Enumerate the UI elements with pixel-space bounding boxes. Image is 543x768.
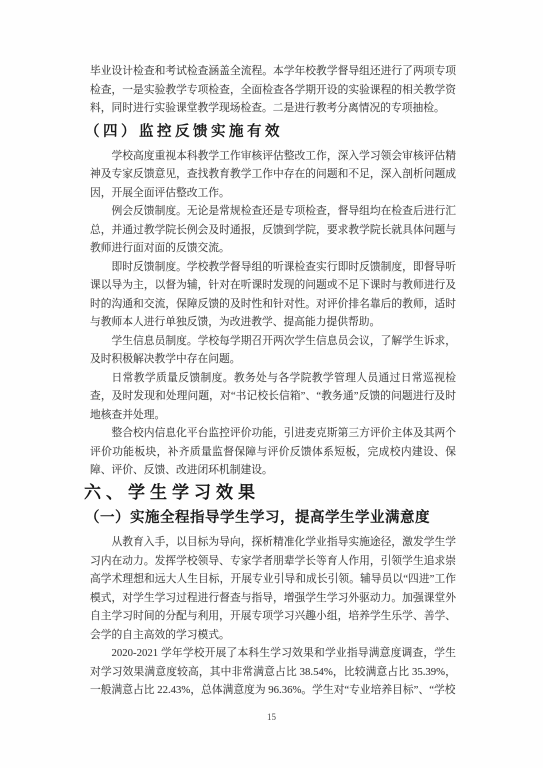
body-paragraph: 从教育入手，以目标为导向，探析精准化学业指导实施途径，激发学生学习内在动力。发挥… bbox=[90, 533, 456, 644]
body-paragraph: 2020-2021 学年学校开展了本科生学习效果和学业指导满意度调查，学生对学习… bbox=[90, 644, 456, 700]
body-paragraph-continued: 毕业设计检查和考试检查涵盖全流程。本学年校教学督导组还进行了两项专项检查，一是实… bbox=[90, 62, 456, 118]
section-heading: （四）监控反馈实施有效 bbox=[85, 123, 456, 141]
page-number: 15 bbox=[0, 712, 543, 722]
document-page: 毕业设计检查和考试检查涵盖全流程。本学年校教学督导组还进行了两项专项检查，一是实… bbox=[0, 0, 543, 768]
section-heading: （一）实施全程指导学生学习，提高学生学业满意度 bbox=[85, 509, 456, 527]
body-paragraph: 日常教学质量反馈制度。教务处与各学院教学管理人员通过日常巡视检查，及时发现和处理… bbox=[90, 369, 456, 425]
body-paragraph: 学校高度重视本科教学工作审核评估整改工作，深入学习领会审核评估精神及专家反馈意见… bbox=[90, 147, 456, 203]
chapter-heading: 六、学生学习效果 bbox=[84, 483, 456, 503]
body-paragraph: 学生信息员制度。学校每学期召开两次学生信息员会议，了解学生诉求，及时积极解决教学… bbox=[90, 332, 456, 369]
body-paragraph: 即时反馈制度。学校教学督导组的听课检查实行即时反馈制度，即督导听课以导为主，以督… bbox=[90, 258, 456, 332]
body-paragraph: 整合校内信息化平台监控评价功能，引进麦克斯第三方评价主体及其两个评价功能板块，补… bbox=[90, 424, 456, 480]
document-content: 毕业设计检查和考试检查涵盖全流程。本学年校教学督导组还进行了两项专项检查，一是实… bbox=[90, 62, 456, 700]
body-paragraph: 例会反馈制度。无论是常规检查还是专项检查，督导组均在检查后进行汇总，并通过教学院… bbox=[90, 202, 456, 258]
